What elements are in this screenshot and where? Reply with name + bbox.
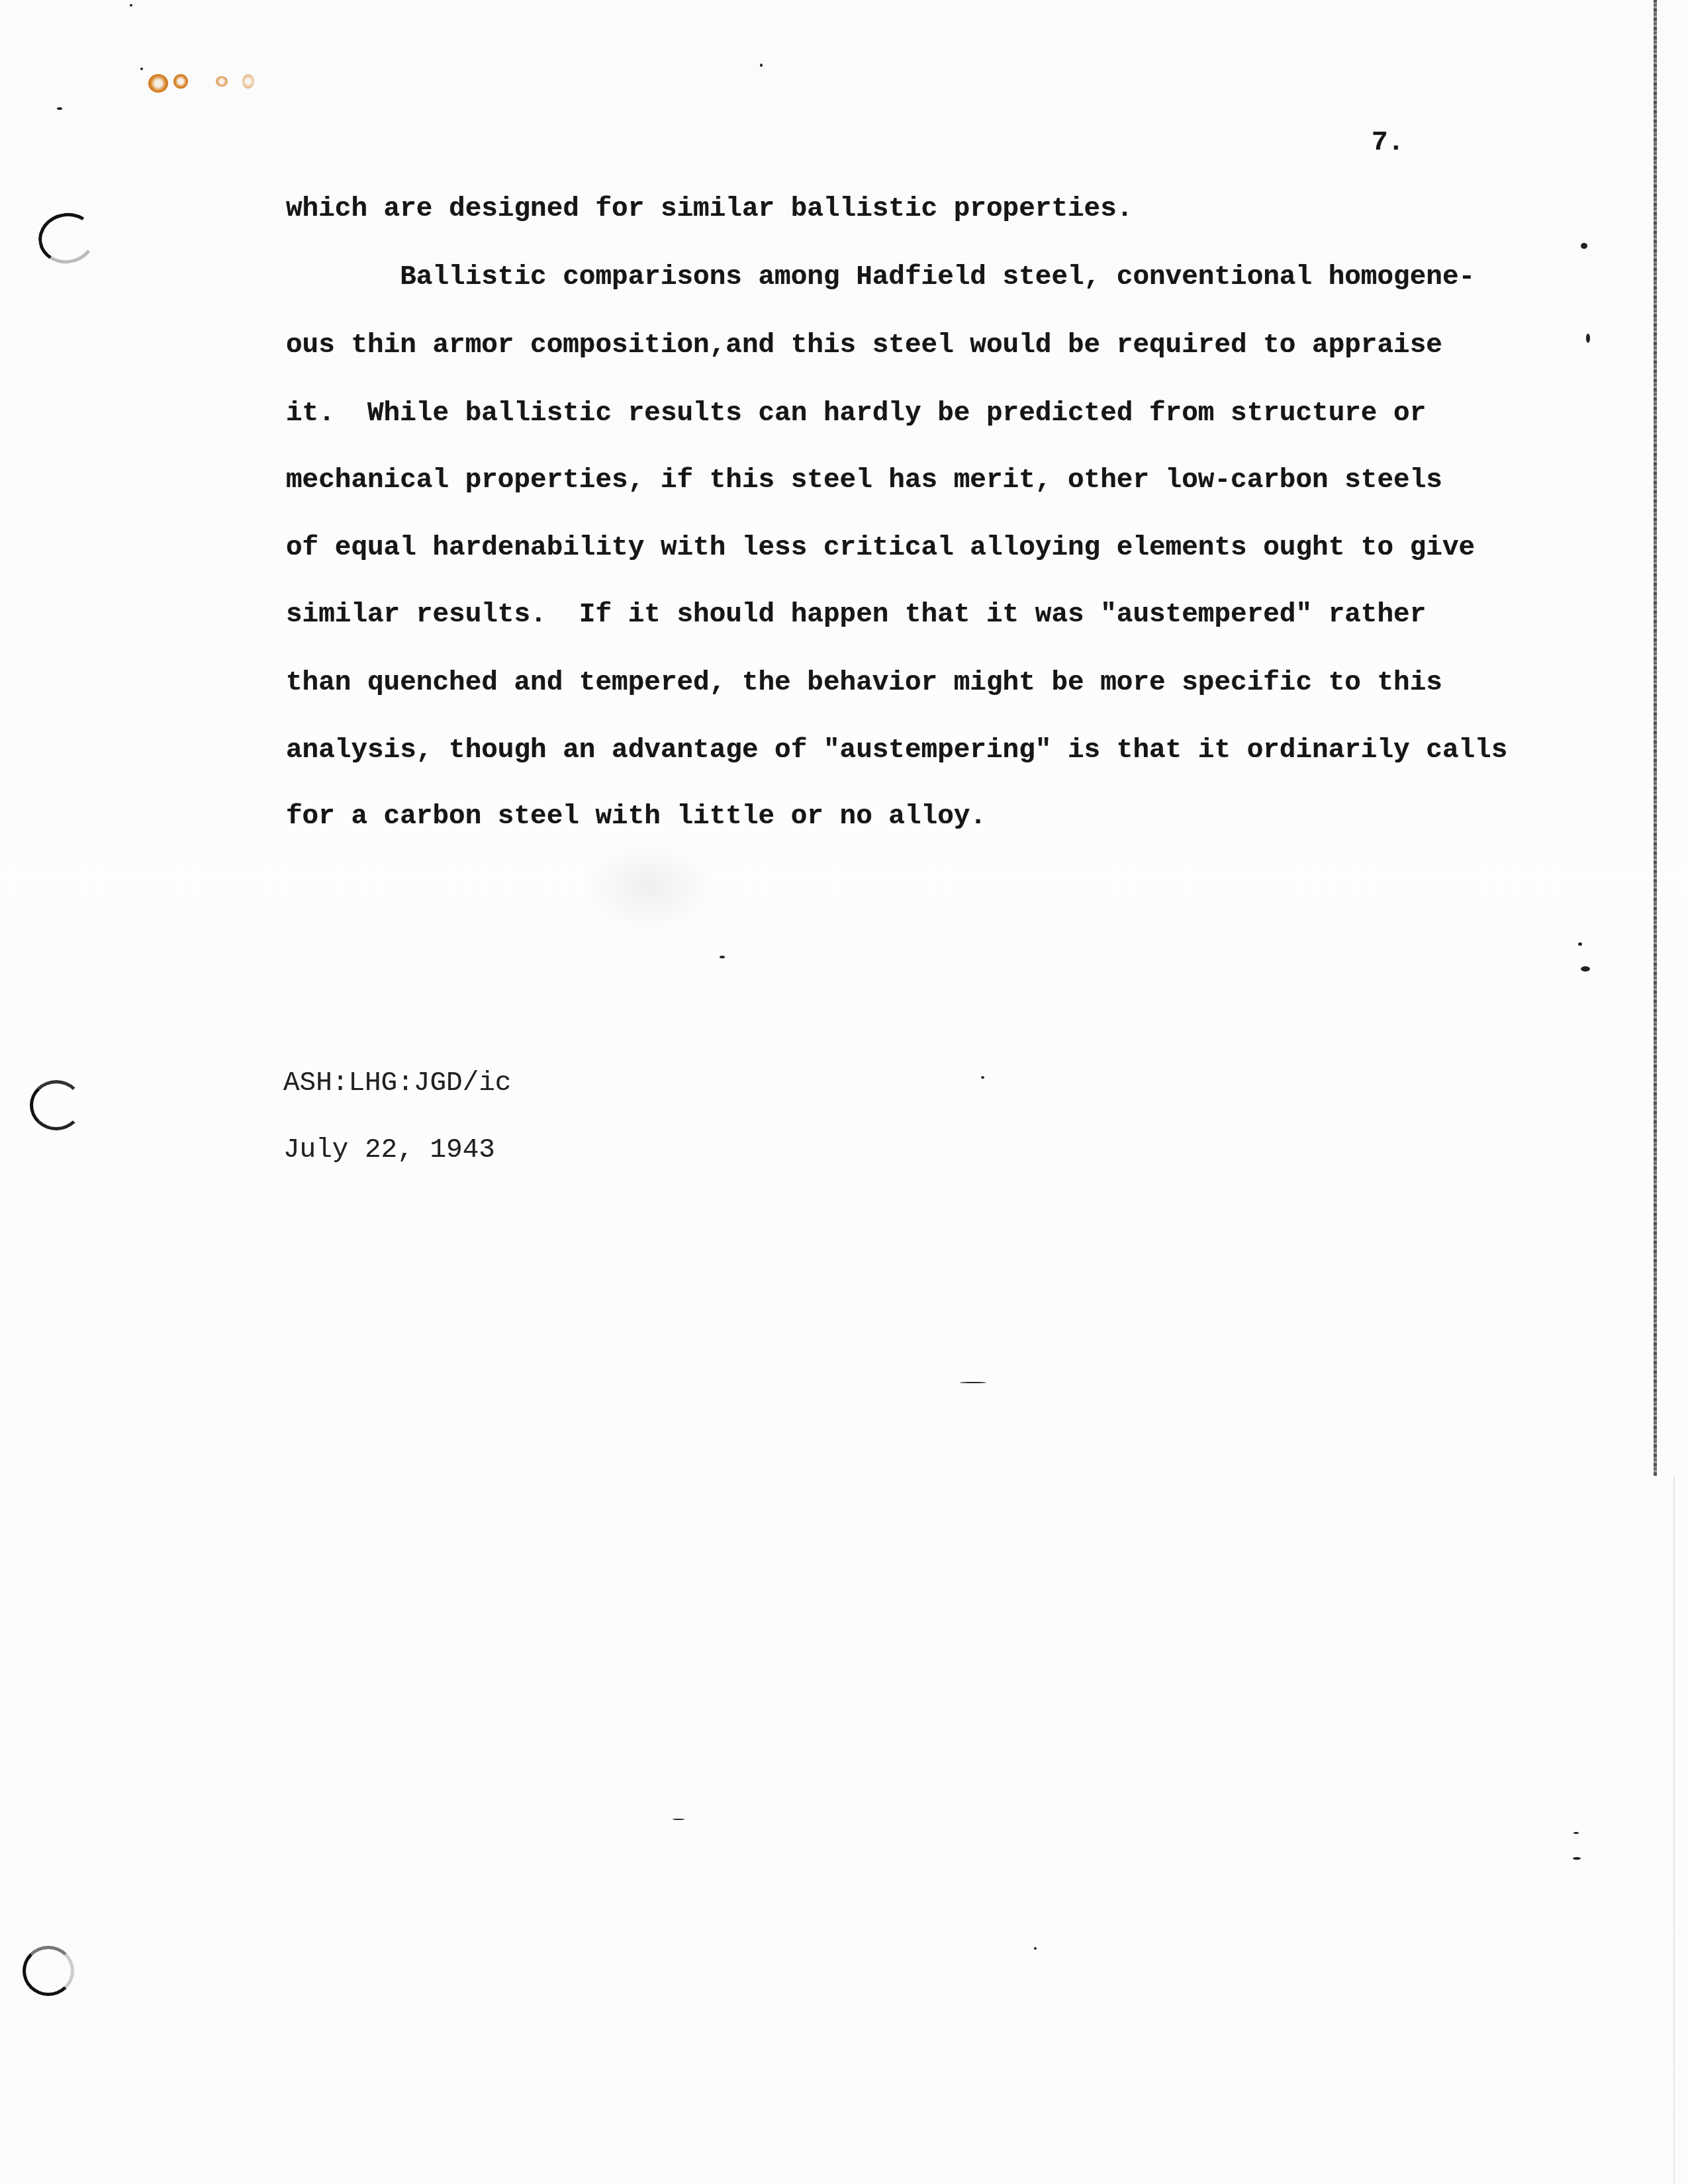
speck: [1034, 1947, 1037, 1950]
paragraph-line: similar results. If it should happen tha…: [286, 602, 1426, 629]
page-number: 7.: [1372, 130, 1404, 157]
reference-initials: ASH:LHG:JGD/ic: [283, 1070, 511, 1097]
speck: [1581, 966, 1590, 972]
paragraph-line: of equal hardenability with less critica…: [286, 535, 1475, 562]
paper-edge-shadow: [1654, 0, 1657, 1476]
speck: [760, 64, 763, 67]
speck: [1578, 942, 1582, 946]
punch-hole-top-icon: [34, 208, 99, 268]
paper-edge-lower: [1673, 1476, 1675, 2184]
speck: [140, 68, 143, 70]
document-page: 7. which are designed for similar ballis…: [0, 0, 1688, 2184]
speck: [1573, 1857, 1581, 1860]
paragraph-line: it. While ballistic results can hardly b…: [286, 400, 1426, 428]
rust-stain: [148, 74, 168, 93]
speck: [1573, 1832, 1579, 1834]
speck: [960, 1382, 986, 1383]
punch-hole-bottom-icon: [23, 1946, 74, 1996]
rust-stain: [242, 74, 254, 89]
paper-crease: [583, 841, 715, 933]
rust-stain: [216, 76, 228, 87]
paragraph-line: for a carbon steel with little or no all…: [286, 803, 986, 831]
punch-hole-middle-icon: [30, 1080, 83, 1130]
speck: [1581, 243, 1587, 249]
paragraph-line: mechanical properties, if this steel has…: [286, 467, 1442, 494]
speck: [673, 1819, 684, 1820]
paragraph-line: than quenched and tempered, the behavior…: [286, 670, 1442, 697]
paragraph-line: Ballistic comparisons among Hadfield ste…: [286, 264, 1475, 291]
speck: [981, 1076, 984, 1079]
paragraph-line: ous thin armor composition,and this stee…: [286, 332, 1442, 359]
speck: [1586, 334, 1590, 343]
continuation-line: which are designed for similar ballistic…: [286, 196, 1133, 223]
document-date: July 22, 1943: [283, 1137, 495, 1164]
paragraph-line: analysis, though an advantage of "austem…: [286, 737, 1507, 764]
rust-stain: [173, 74, 188, 89]
speck: [130, 4, 132, 7]
speck: [57, 107, 62, 110]
speck: [720, 956, 725, 958]
